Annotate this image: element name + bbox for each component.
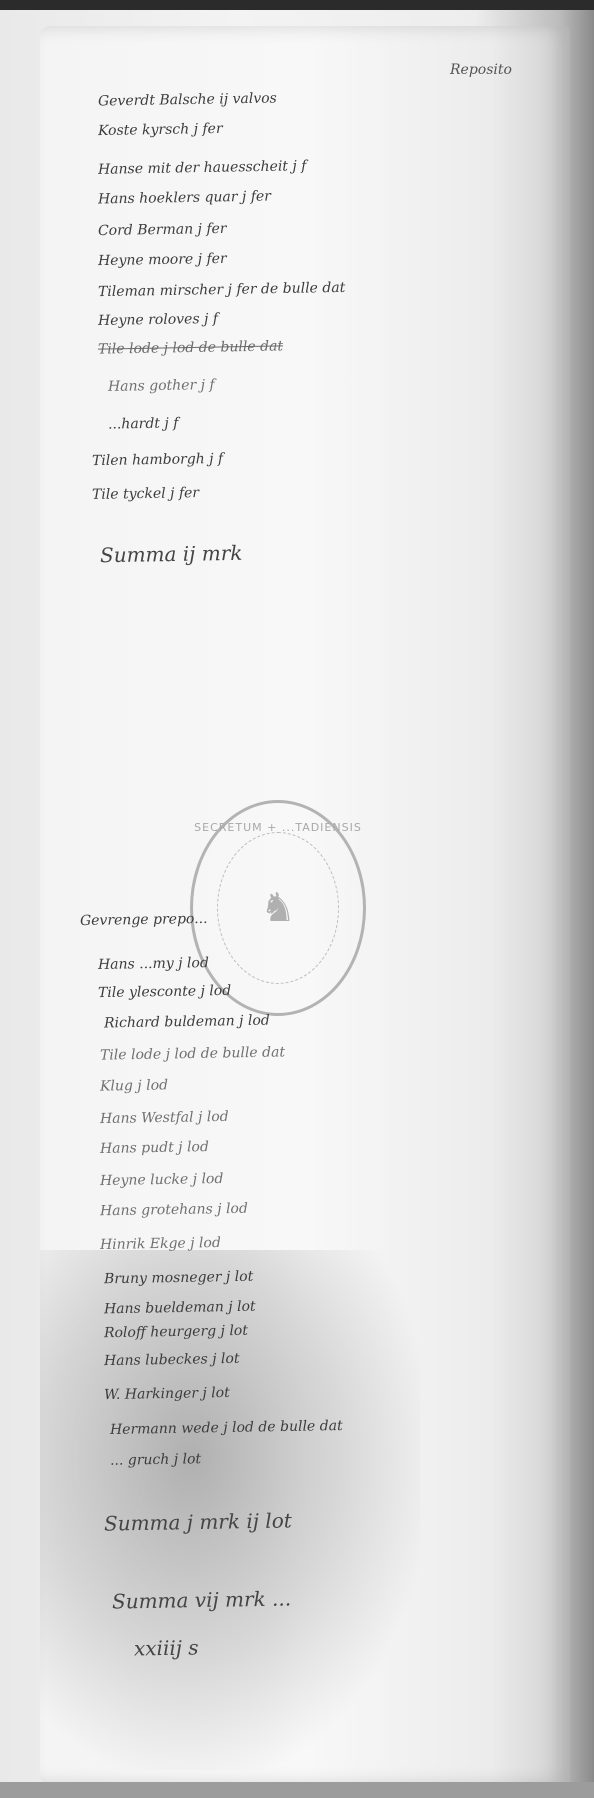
entry-line: Richard buldeman j lod (104, 1013, 270, 1032)
entry-line: Hans bueldeman j lot (104, 1299, 256, 1318)
entry-line: Gevrenge prepo... (80, 911, 208, 929)
summa-line: Summa j mrk ij lot (104, 1508, 292, 1535)
entry-line: Tilen hamborgh j f (92, 451, 223, 469)
entry-line: Hans grotehans j lod (100, 1201, 248, 1220)
entry-line: Hans hoeklers quar j fer (98, 188, 271, 207)
entry-line: Tile lode j lod de bulle dat (100, 1044, 285, 1063)
grand-total-line: Summa vij mrk ... (112, 1586, 292, 1613)
entry-line: Geverdt Balsche ij valvos (98, 90, 277, 109)
summa-line: Summa ij mrk (100, 541, 243, 567)
entry-line: Klug j lod (100, 1077, 168, 1094)
entry-line-struck: Tile lode j lod de bulle dat (98, 338, 283, 357)
entry-line: Hans Westfal j lod (100, 1109, 229, 1127)
entry-line: Hans pudt j lod (100, 1139, 209, 1157)
lion-emblem-icon: ♞ (260, 885, 296, 931)
entry-line: Tile ylesconte j lod (98, 983, 231, 1001)
entry-line: ... gruch j lot (110, 1451, 201, 1469)
entry-line: Roloff heurgerg j lot (104, 1323, 248, 1342)
footer-amount: xxiiij s (134, 1635, 199, 1660)
entry-line: Koste kyrsch j fer (98, 121, 223, 139)
entry-line: Cord Berman j fer (98, 221, 227, 239)
entry-line: Hans ...my j lod (98, 955, 209, 973)
entry-line: Heyne moore j fer (98, 251, 227, 269)
entry-line: Bruny mosneger j lot (104, 1269, 254, 1288)
entry-line: Hinrik Ekge j lod (100, 1235, 221, 1253)
margin-note: Reposito (450, 62, 512, 78)
entry-line: Hans lubeckes j lot (104, 1351, 240, 1369)
entry-line: Heyne lucke j lod (100, 1171, 224, 1189)
entry-line: W. Harkinger j lot (104, 1385, 230, 1403)
entry-line: Tile tyckel j fer (92, 485, 199, 503)
seal-legend: SECRETUM + ...TADIENSIS (193, 821, 363, 834)
scanner-edge-bottom (0, 1782, 594, 1798)
entry-line: ...hardt j f (108, 415, 179, 432)
scanner-edge-top (0, 0, 594, 10)
entry-line: Heyne roloves j f (98, 311, 218, 329)
entry-line: Hans gother j f (108, 377, 215, 395)
